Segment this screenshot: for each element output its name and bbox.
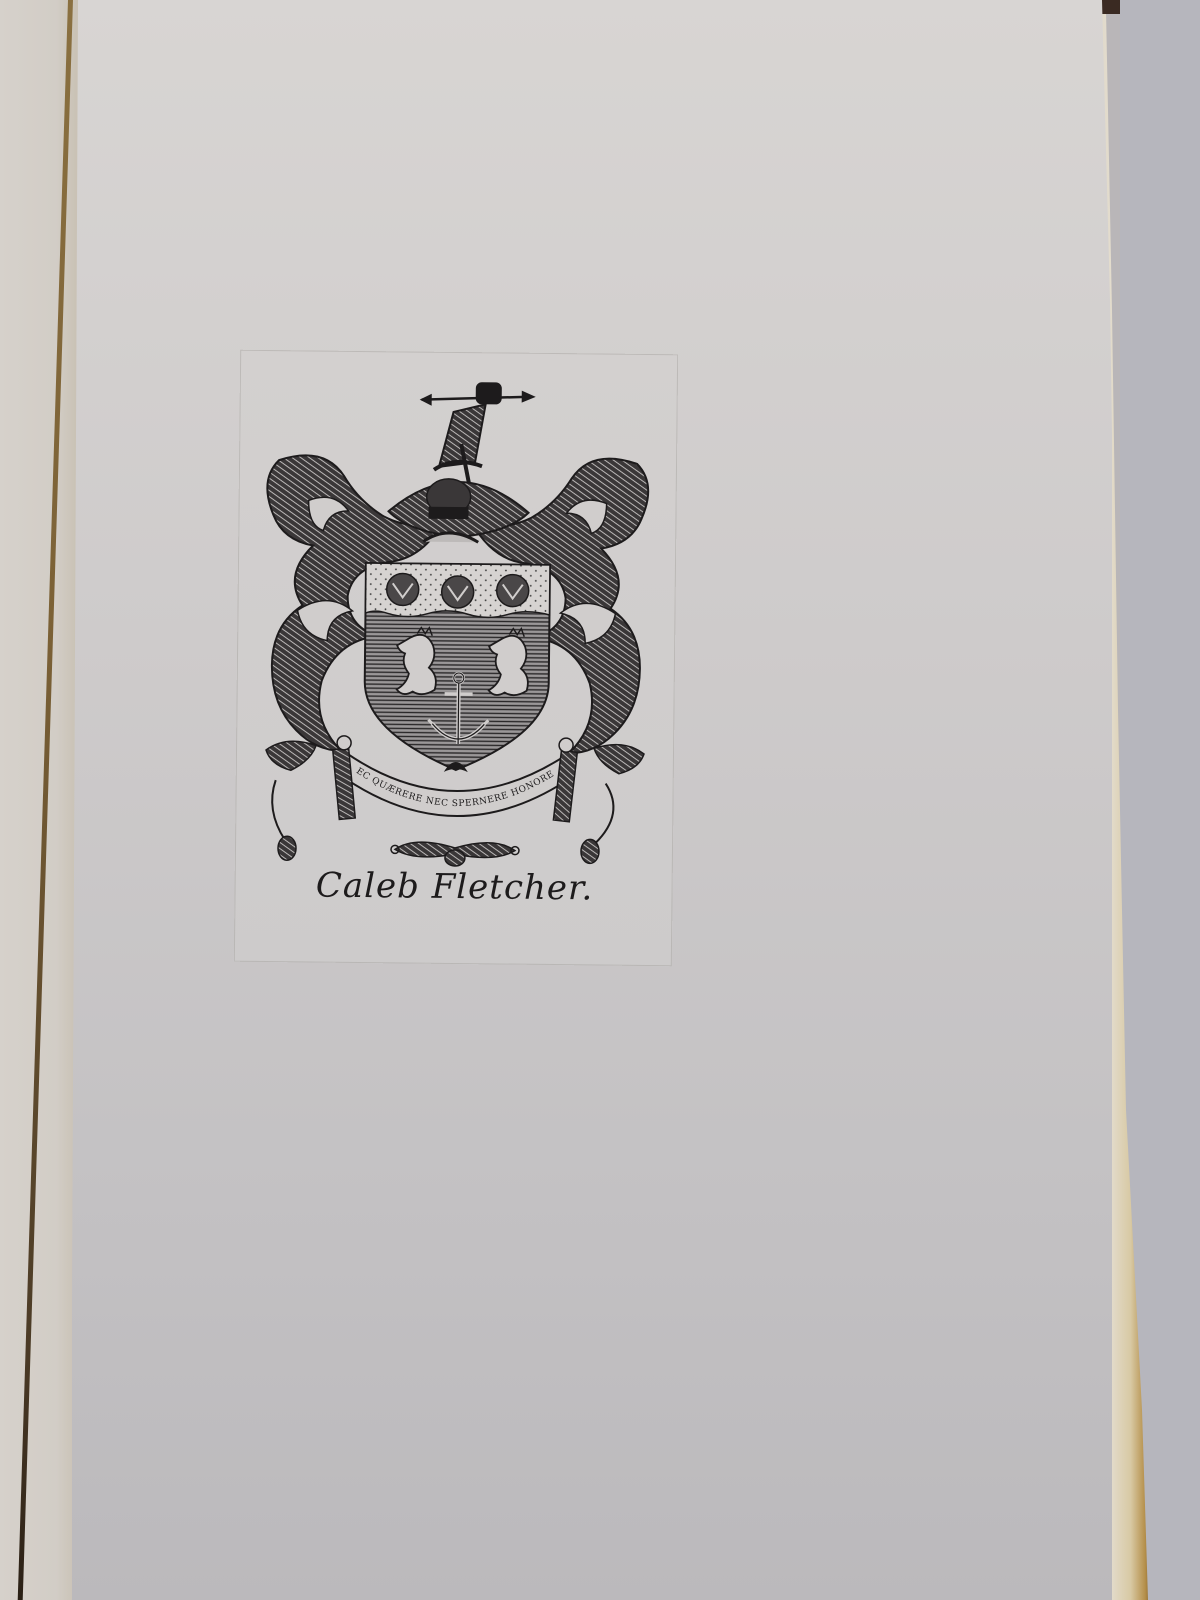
shield xyxy=(364,563,550,771)
tassel-left-icon xyxy=(272,780,297,860)
bookplate: NEC QUÆRERE NEC SPERNERE HONOREM Caleb F… xyxy=(234,350,678,967)
roundel-chevron-icon xyxy=(387,573,419,605)
owner-signature: Caleb Fletcher. xyxy=(304,865,604,908)
bottom-ornament xyxy=(391,842,519,867)
left-page xyxy=(0,0,80,1600)
roundel-chevron-icon xyxy=(442,576,474,608)
book-cover-corner xyxy=(1100,0,1120,14)
tassel-right-icon xyxy=(581,783,614,863)
roundel-chevron-icon xyxy=(497,574,529,606)
